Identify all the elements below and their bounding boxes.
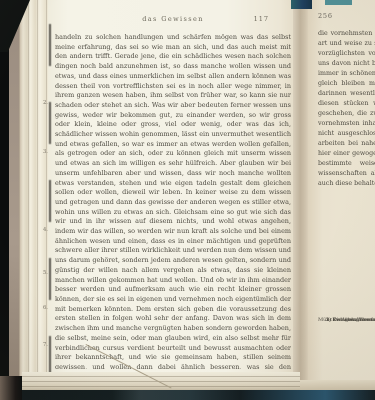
left-page-body-text: handeln zu solchen handlungen und schärf… [55, 33, 291, 369]
left-page-number: 117 [254, 15, 269, 23]
margin-mark: 4. [43, 227, 53, 233]
footnote-line: Münch. d. ges. Wissensch. I. Band, s. 48… [318, 317, 375, 324]
book-bottom-edge-band [20, 390, 375, 400]
page-crease-shadow [49, 24, 51, 392]
left-page-header: das Gewissen 117 [55, 15, 291, 27]
right-page-print-layer: 256 die vornehmsten davon sind die wir i… [308, 0, 375, 392]
margin-mark: 7. [43, 342, 53, 348]
right-page-number: 256 [318, 12, 333, 20]
margin-mark: 6. [43, 305, 53, 311]
right-page-body-text: die vornehmsten davon sind die wir in de… [318, 29, 375, 315]
book-cover-edge [0, 0, 9, 400]
margin-mark: 2. [43, 100, 53, 106]
book-scan-photo: das Gewissen 117 handeln zu solchen hand… [0, 0, 375, 400]
margin-mark: 3. [43, 149, 53, 155]
margin-mark: 5. [43, 270, 53, 276]
book-gutter [293, 0, 309, 400]
cover-bottom-corner [0, 376, 22, 400]
